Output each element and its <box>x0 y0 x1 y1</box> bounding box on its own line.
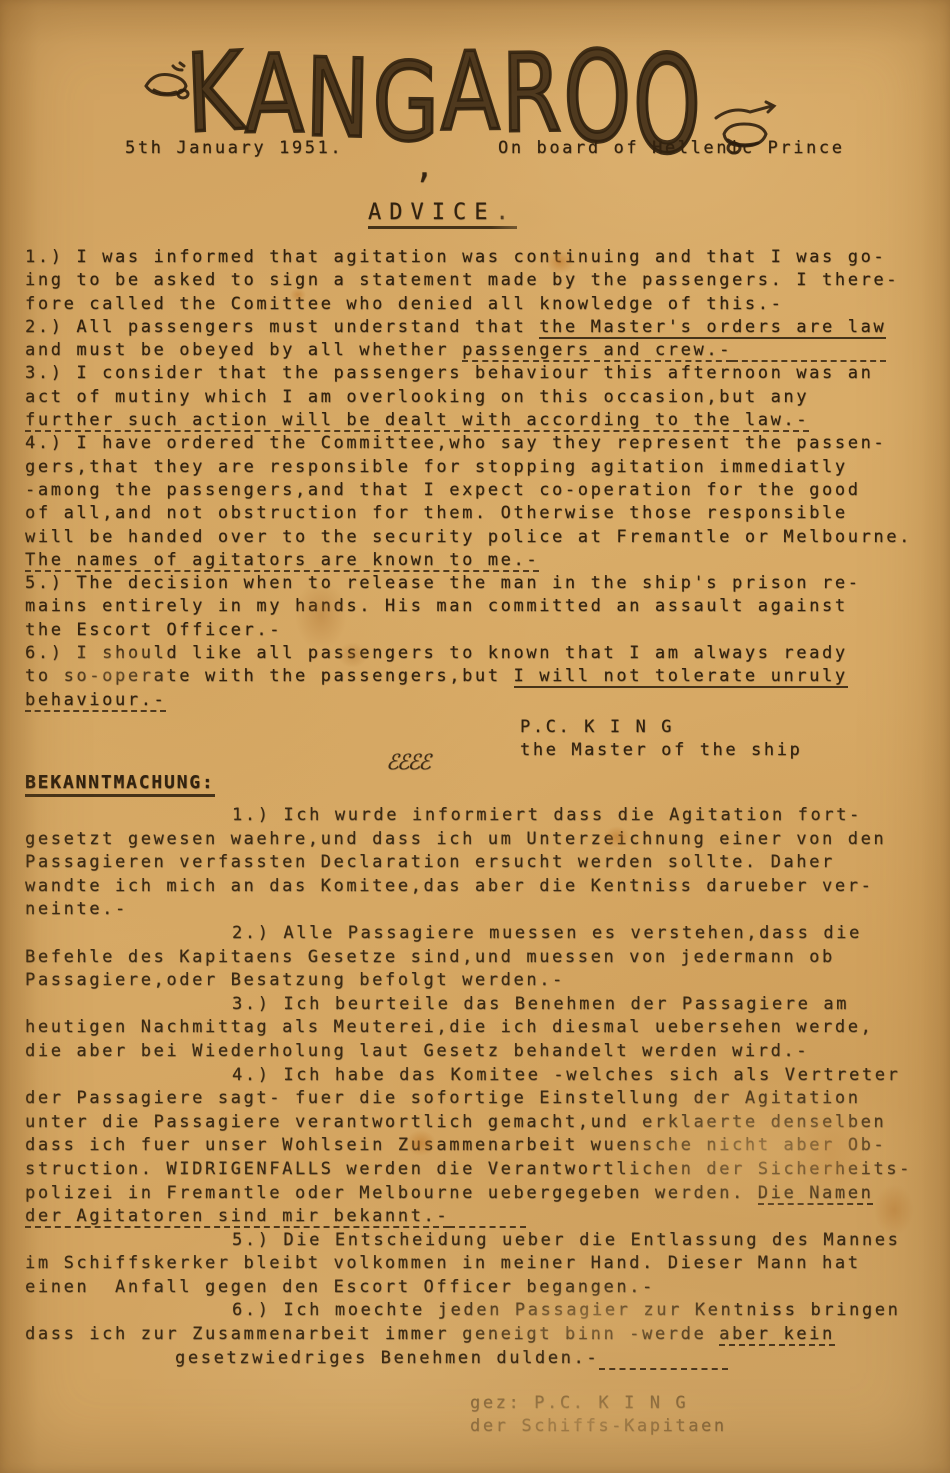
text-segment: im Schiffskerker bleibt volkommen in mei… <box>25 1253 861 1273</box>
text-segment: aber kein <box>719 1324 835 1346</box>
text-segment: I will not tolerate unruly <box>514 666 848 688</box>
text-line: Passagiere,oder Besatzung befolgt werden… <box>25 969 940 993</box>
text-line: further such action will be dealt with a… <box>25 409 940 432</box>
text-segment: 4.) Ich habe das Komitee -welches sich a… <box>232 1065 900 1085</box>
title-letter: R <box>501 40 564 148</box>
text-line: heutigen Nachmittag als Meuterei,die ich… <box>25 1016 940 1040</box>
page-title: KANGAROO <box>186 33 703 147</box>
text-segment: einen Anfall gegen den Escort Officer be… <box>25 1277 655 1297</box>
bekanntmachung-body: 1.) Ich wurde informiert dass die Agitat… <box>25 804 940 1370</box>
text-line: die aber bei Wiederholung laut Gesetz be… <box>25 1040 940 1064</box>
text-segment: wandte ich mich an das Komitee,das aber … <box>25 876 873 896</box>
text-line: 1.) Ich wurde informiert dass die Agitat… <box>25 804 940 828</box>
text-segment: 3.) Ich beurteile das Benehmen der Passa… <box>232 994 849 1014</box>
text-segment: 6.) I should like all passengers to know… <box>25 643 848 663</box>
text-segment: 2.) All passengers must understand that <box>25 317 539 337</box>
text-segment: Passagiere,oder Besatzung befolgt werden… <box>25 970 565 990</box>
de-signature-role: der Schiffs-Kapitaen <box>470 1415 727 1438</box>
text-line: gesetzt gewesen waehre,und dass ich um U… <box>25 828 940 852</box>
text-line: The names of agitators are known to me.- <box>25 549 940 572</box>
text-line: to so-operate with the passengers,but I … <box>25 665 940 688</box>
text-line: of all,and not obstruction for them. Oth… <box>25 502 940 525</box>
en-signature-role: the Master of the ship <box>520 739 802 762</box>
text-segment: 4.) I have ordered the Committee,who say… <box>25 433 886 453</box>
text-segment: passengers and crew.- <box>462 340 732 362</box>
text-segment: behaviour.- <box>25 690 166 712</box>
text-segment: The names of agitators are known to me.- <box>25 550 539 572</box>
text-line: behaviour.- <box>25 689 940 712</box>
text-line: 4.) Ich habe das Komitee -welches sich a… <box>25 1064 940 1088</box>
text-line: and must be obeyed by all whether passen… <box>25 339 940 362</box>
text-segment: 2.) Alle Passagiere muessen es verstehen… <box>232 923 862 943</box>
scribble-mark: ℰℰℰℰ <box>386 750 429 774</box>
text-line: 2.) All passengers must understand that … <box>25 316 940 339</box>
text-segment: 6.) Ich moechte jeden Passagier zur Kent… <box>232 1300 900 1320</box>
text-line: Passagieren verfassten Declaration ersuc… <box>25 851 940 875</box>
text-line: dass ich fuer unser Wohlsein Zusammenarb… <box>25 1134 940 1158</box>
text-line: Befehle des Kapitaens Gesetze sind,und m… <box>25 946 940 970</box>
text-segment: 3.) I consider that the passengers behav… <box>25 363 873 383</box>
text-line: mains entirely in my hands. His man comm… <box>25 595 940 618</box>
text-segment: Passagieren verfassten Declaration ersuc… <box>25 852 835 872</box>
text-segment <box>599 1348 728 1370</box>
text-segment: mains entirely in my hands. His man comm… <box>25 596 848 616</box>
text-segment: 1.) Ich wurde informiert dass die Agitat… <box>232 805 862 825</box>
text-segment: to so-operate with the passengers,but <box>25 666 514 686</box>
advice-body: 1.) I was informed that agitation was co… <box>25 246 940 712</box>
en-signature: P.C. K I N G the Master of the ship <box>520 716 802 762</box>
text-segment: 5.) The decision when to release the man… <box>25 573 861 593</box>
text-line: 1.) I was informed that agitation was co… <box>25 246 940 269</box>
stray-comma-mark: , <box>414 146 434 186</box>
text-line: gesetzwiedriges Benehmen dulden.- <box>25 1347 940 1371</box>
text-line: -among the passengers,and that I expect … <box>25 479 940 502</box>
text-line: will be handed over to the security poli… <box>25 526 940 549</box>
text-line: 6.) I should like all passengers to know… <box>25 642 940 665</box>
text-segment: of all,and not obstruction for them. Oth… <box>25 503 848 523</box>
text-segment: the Escort Officer.- <box>25 620 282 640</box>
text-segment: 5.) Die Entscheidung ueber die Entlassun… <box>232 1230 900 1250</box>
text-segment: gesetzwiedriges Benehmen dulden.- <box>175 1348 599 1368</box>
text-line: act of mutiny which I am overlooking on … <box>25 386 940 409</box>
text-segment: der Agitatoren sind mir bekannt.- <box>25 1206 449 1228</box>
text-line: struction. WIDRIGENFALLS werden die Vera… <box>25 1158 940 1182</box>
text-segment: 1.) I was informed that agitation was co… <box>25 247 886 267</box>
text-segment: further such action will be dealt with a… <box>25 410 809 432</box>
text-segment: Befehle des Kapitaens Gesetze sind,und m… <box>25 947 835 967</box>
text-line: wandte ich mich an das Komitee,das aber … <box>25 875 940 899</box>
text-segment: gers,that they are responsible for stopp… <box>25 457 848 477</box>
text-line: einen Anfall gegen den Escort Officer be… <box>25 1276 940 1300</box>
text-segment: -among the passengers,and that I expect … <box>25 480 861 500</box>
text-line: 3.) Ich beurteile das Benehmen der Passa… <box>25 993 940 1017</box>
de-signature: gez: P.C. K I N G der Schiffs-Kapitaen <box>470 1392 727 1438</box>
text-line: the Escort Officer.- <box>25 619 940 642</box>
text-line: der Passagiere sagt- fuer die sofortige … <box>25 1087 940 1111</box>
text-line: dass ich zur Zusammenarbeit immer geneig… <box>25 1323 940 1347</box>
title-letter: K <box>185 38 247 149</box>
text-line: gers,that they are responsible for stopp… <box>25 456 940 479</box>
text-segment: der Passagiere sagt- fuer die sofortige … <box>25 1088 861 1108</box>
text-segment: struction. WIDRIGENFALLS werden die Vera… <box>25 1159 912 1179</box>
text-line: der Agitatoren sind mir bekannt.- <box>25 1205 940 1229</box>
text-segment: and must be obeyed by all whether <box>25 340 462 360</box>
title-letter: G <box>372 49 441 157</box>
text-line: 2.) Alle Passagiere muessen es verstehen… <box>25 922 940 946</box>
text-line: 4.) I have ordered the Committee,who say… <box>25 432 940 455</box>
text-segment: Die Namen <box>758 1183 874 1205</box>
text-segment: polizei in Fremantle oder Melbourne uebe… <box>25 1183 758 1203</box>
text-line: unter die Passagiere verantwortlich gema… <box>25 1111 940 1135</box>
text-segment: fore called the Comittee who denied all … <box>25 294 783 314</box>
text-line: im Schiffskerker bleibt volkommen in mei… <box>25 1252 940 1276</box>
text-line: neinte.- <box>25 898 940 922</box>
text-segment: act of mutiny which I am overlooking on … <box>25 387 809 407</box>
text-segment: dass ich fuer unser Wohlsein Zusammenarb… <box>25 1135 886 1155</box>
bekanntmachung-heading: BEKANNTMACHUNG: <box>25 772 215 797</box>
text-segment: heutigen Nachmittag als Meuterei,die ich… <box>25 1017 873 1037</box>
text-segment: unter die Passagiere verantwortlich gema… <box>25 1112 886 1132</box>
text-segment: gesetzt gewesen waehre,und dass ich um U… <box>25 829 886 849</box>
text-segment <box>732 340 886 362</box>
text-segment <box>449 1206 526 1228</box>
text-segment: ing to be asked to sign a statement made… <box>25 270 899 290</box>
text-segment: the Master's orders are law <box>539 317 886 339</box>
de-signature-name: gez: P.C. K I N G <box>470 1392 727 1415</box>
text-segment: will be handed over to the security poli… <box>25 527 912 547</box>
text-line: 5.) Die Entscheidung ueber die Entlassun… <box>25 1229 940 1253</box>
text-line: 3.) I consider that the passengers behav… <box>25 362 940 385</box>
text-line: ing to be asked to sign a statement made… <box>25 269 940 292</box>
date-text: 5th January 1951. <box>125 138 343 158</box>
text-segment: neinte.- <box>25 899 128 919</box>
text-line: polizei in Fremantle oder Melbourne uebe… <box>25 1182 940 1206</box>
text-line: 6.) Ich moechte jeden Passagier zur Kent… <box>25 1299 940 1323</box>
en-signature-name: P.C. K I N G <box>520 716 802 739</box>
title-letter: A <box>244 41 306 149</box>
document-page: KANGAROO , 5th January 1951. On board of… <box>0 0 950 1473</box>
text-line: 5.) The decision when to release the man… <box>25 572 940 595</box>
title-letter: A <box>440 38 502 146</box>
text-segment: die aber bei Wiederholung laut Gesetz be… <box>25 1041 809 1061</box>
advice-heading: ADVICE. <box>368 200 517 229</box>
text-segment: dass ich zur Zusammenarbeit immer geneig… <box>25 1324 719 1344</box>
text-line: fore called the Comittee who denied all … <box>25 293 940 316</box>
location-text: On board of Hellenic Prince <box>498 138 845 158</box>
